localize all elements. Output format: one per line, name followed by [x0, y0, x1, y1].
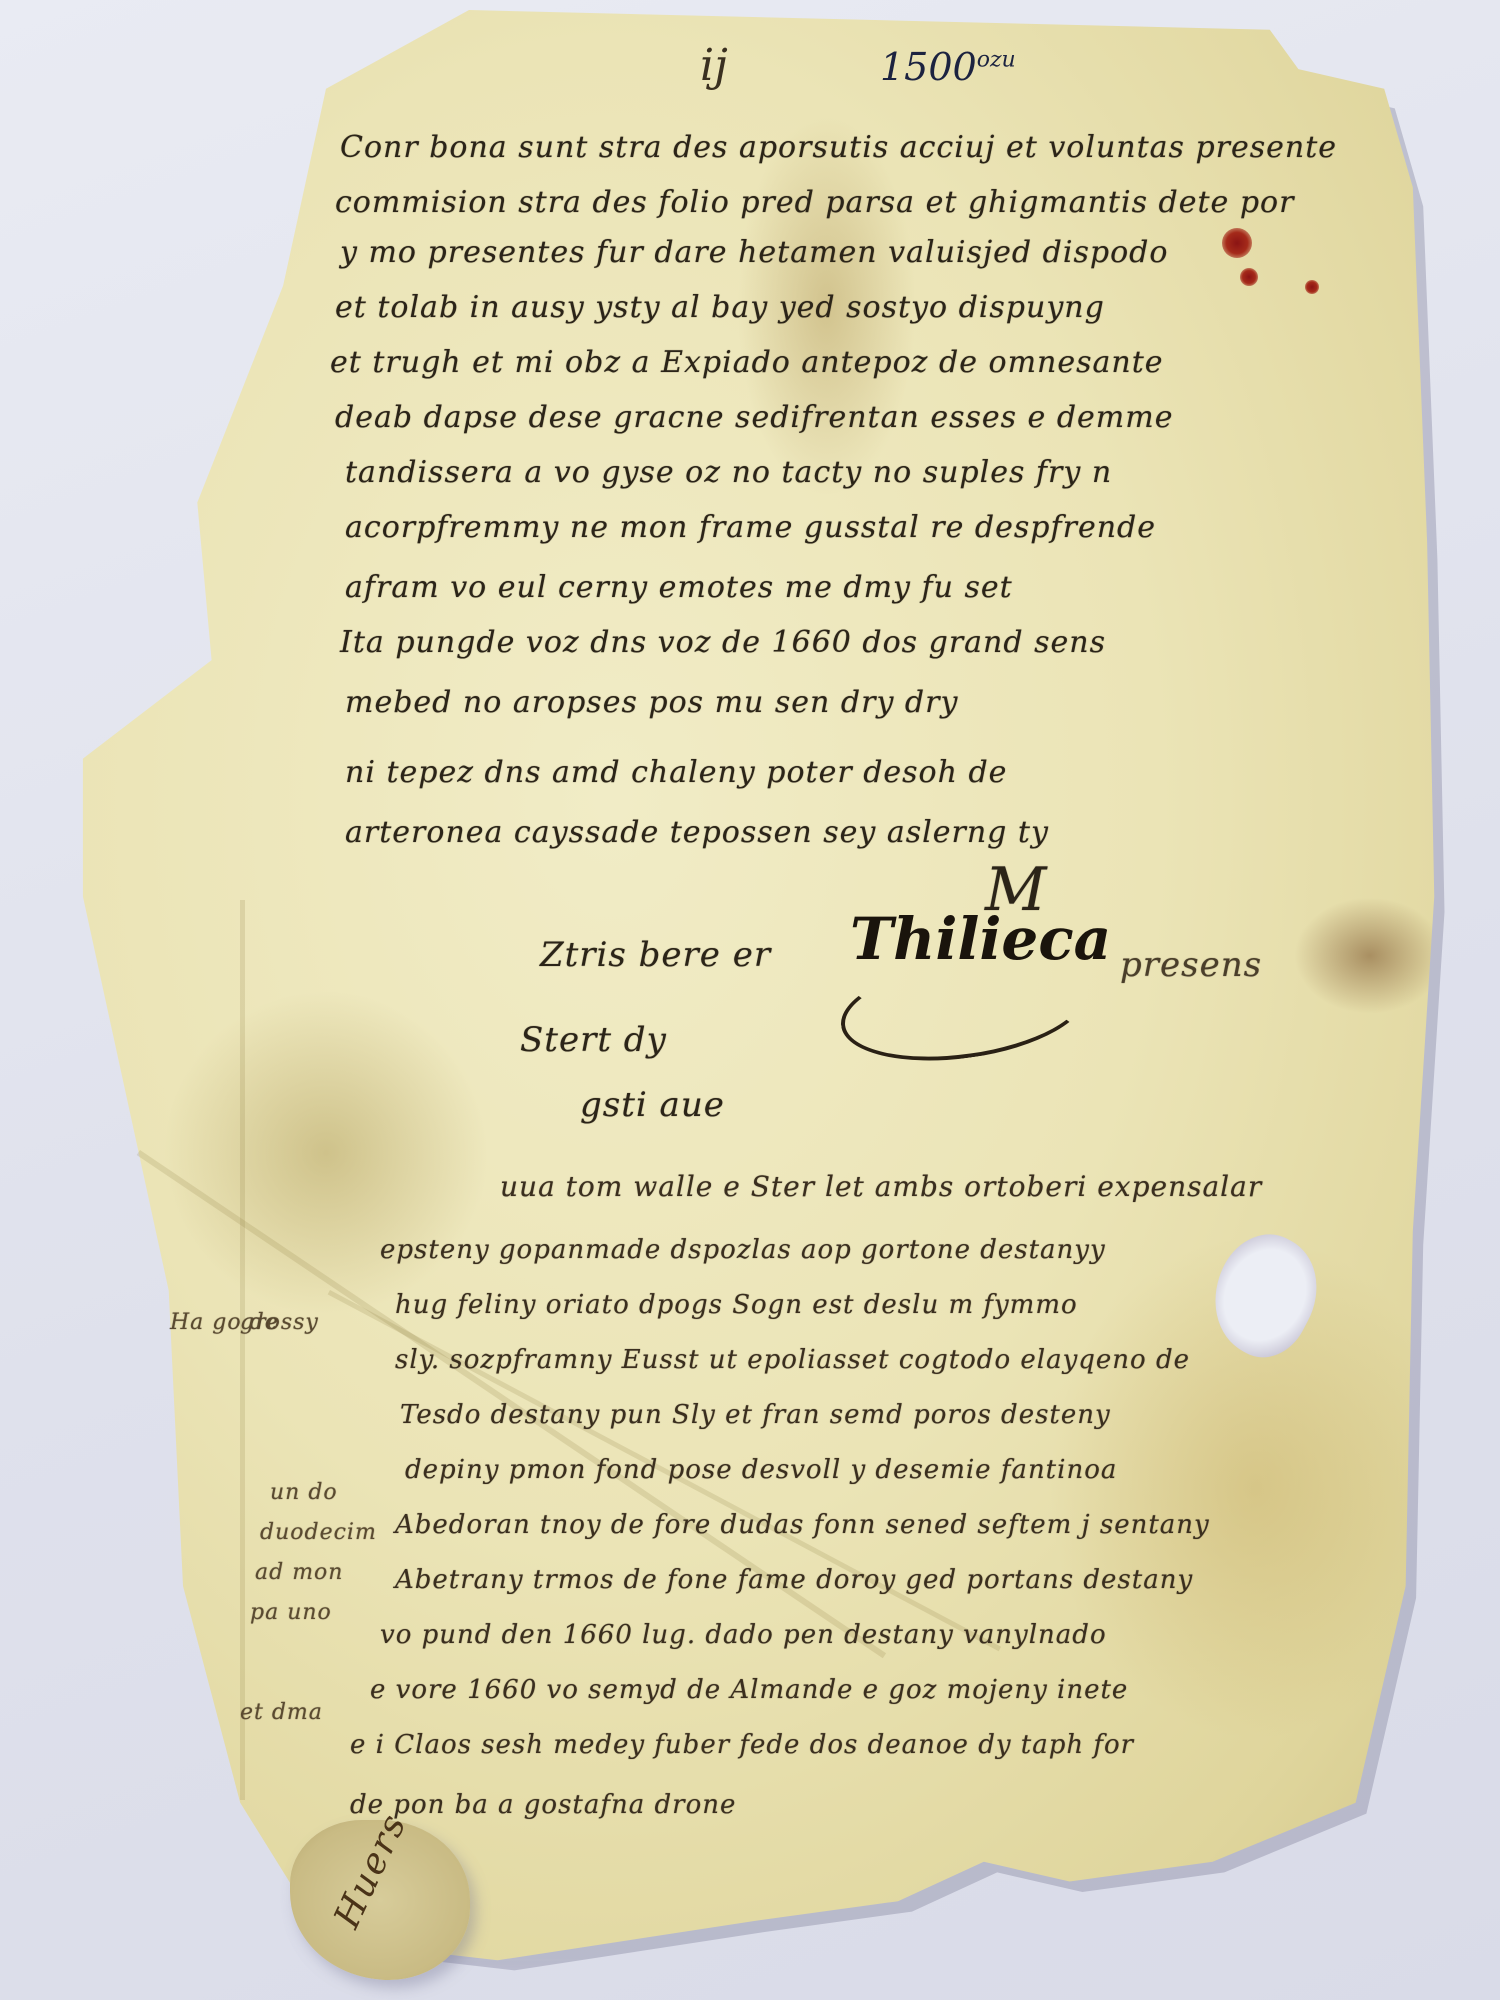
text-line: hug feliny oriato dpogs Sogn est deslu m…	[395, 1290, 1078, 1320]
text-line: Abetrany trmos de fone fame doroy ged po…	[395, 1565, 1193, 1595]
text-line: Ita pungde voz dns voz de 1660 dos grand…	[340, 625, 1106, 660]
margin-note: un do	[270, 1480, 338, 1505]
text-line: et tolab in ausy ysty al bay yed sostyo …	[335, 290, 1105, 325]
margin-note: grossy	[240, 1310, 319, 1335]
margin-note: duodecim	[260, 1520, 377, 1545]
text-line: commision stra des folio pred parsa et g…	[335, 185, 1294, 220]
text-line: e vore 1660 vo semyd de Almande e goz mo…	[370, 1675, 1128, 1705]
text-line: et trugh et mi obz a Expiado antepoz de …	[330, 345, 1164, 380]
margin-note: et dma	[240, 1700, 323, 1725]
text-line: Abedoran tnoy de fore dudas fonn sened s…	[395, 1510, 1210, 1540]
text-line: deab dapse dese gracne sedifrentan esses…	[335, 400, 1173, 435]
archive-number: 1500ozu	[880, 45, 1016, 89]
text-line: epsteny gopanmade dspozlas aop gortone d…	[380, 1235, 1106, 1265]
text-line: e i Claos sesh medey fuber fede dos dean…	[350, 1730, 1134, 1760]
witness-line: gsti aue	[580, 1085, 725, 1125]
red-stain	[1240, 268, 1258, 286]
archive-number-main: 1500	[880, 45, 977, 89]
archive-number-sup: ozu	[977, 47, 1016, 72]
witness-line: Ztris bere er	[540, 935, 771, 975]
text-line: de pon ba a gostafna drone	[350, 1790, 736, 1820]
text-line: vo pund den 1660 lug. dado pen destany v…	[380, 1620, 1107, 1650]
text-line: y mo presentes fur dare hetamen valuisje…	[340, 235, 1168, 270]
text-line: sly. sozpframny Eusst ut epoliasset cogt…	[395, 1345, 1190, 1375]
witness-line: Stert dy	[520, 1020, 667, 1060]
text-line: Tesdo destany pun Sly et fran semd poros…	[400, 1400, 1111, 1430]
text-line: arteronea cayssade tepossen sey aslerng …	[345, 815, 1049, 850]
red-stain	[1222, 228, 1252, 258]
text-line: uua tom walle e Ster let ambs ortoberi e…	[500, 1170, 1262, 1203]
text-line: mebed no aropses pos mu sen dry dry	[345, 685, 958, 720]
margin-note: pa uno	[250, 1600, 332, 1625]
text-line: acorpfremmy ne mon frame gusstal re desp…	[345, 510, 1156, 545]
text-line: Conr bona sunt stra des aporsutis acciuj…	[340, 130, 1337, 165]
crease	[240, 900, 245, 1800]
text-line: depiny pmon fond pose desvoll y desemie …	[405, 1455, 1117, 1485]
text-line: afram vo eul cerny emotes me dmy fu set	[345, 570, 1013, 605]
fragment-text: Huers	[327, 1807, 416, 1935]
margin-note: ad mon	[255, 1560, 343, 1585]
signature-right-text: presens	[1120, 945, 1262, 985]
text-line: tandissera a vo gyse oz no tacty no supl…	[345, 455, 1112, 490]
folio-mark: ij	[700, 40, 728, 91]
text-line: ni tepez dns amd chaleny poter desoh de	[345, 755, 1007, 790]
red-stain	[1305, 280, 1319, 294]
torn-fragment: Huers	[290, 1820, 470, 1980]
